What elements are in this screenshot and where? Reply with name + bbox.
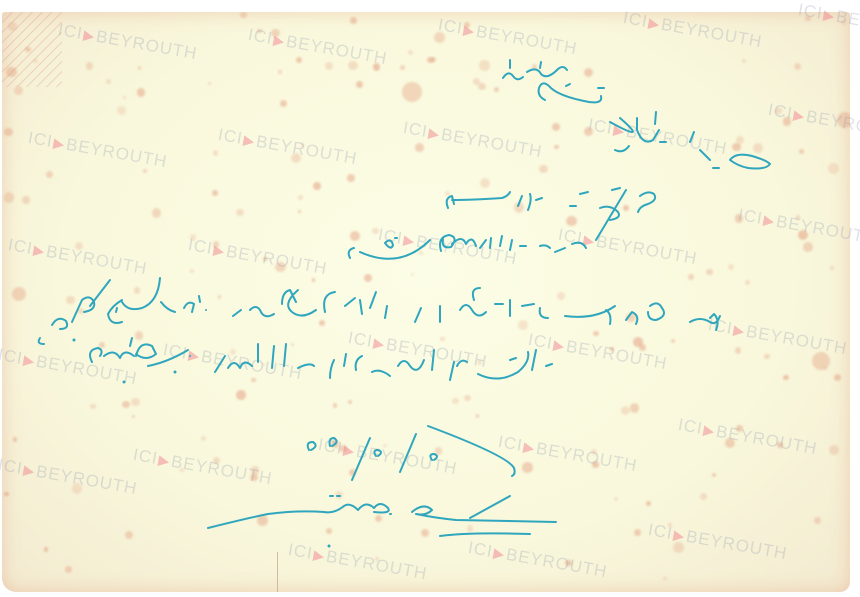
handwriting-line-4 — [349, 235, 586, 259]
handwriting-line-2 — [610, 112, 770, 169]
handwriting-date — [308, 426, 515, 480]
handwriting-line-5 — [39, 278, 720, 344]
handwriting-signature — [208, 496, 556, 536]
handwriting-ink — [0, 0, 860, 597]
handwriting-line-1 — [503, 60, 604, 102]
handwriting-line-6 — [90, 338, 552, 380]
handwriting-line-3 — [447, 188, 655, 240]
